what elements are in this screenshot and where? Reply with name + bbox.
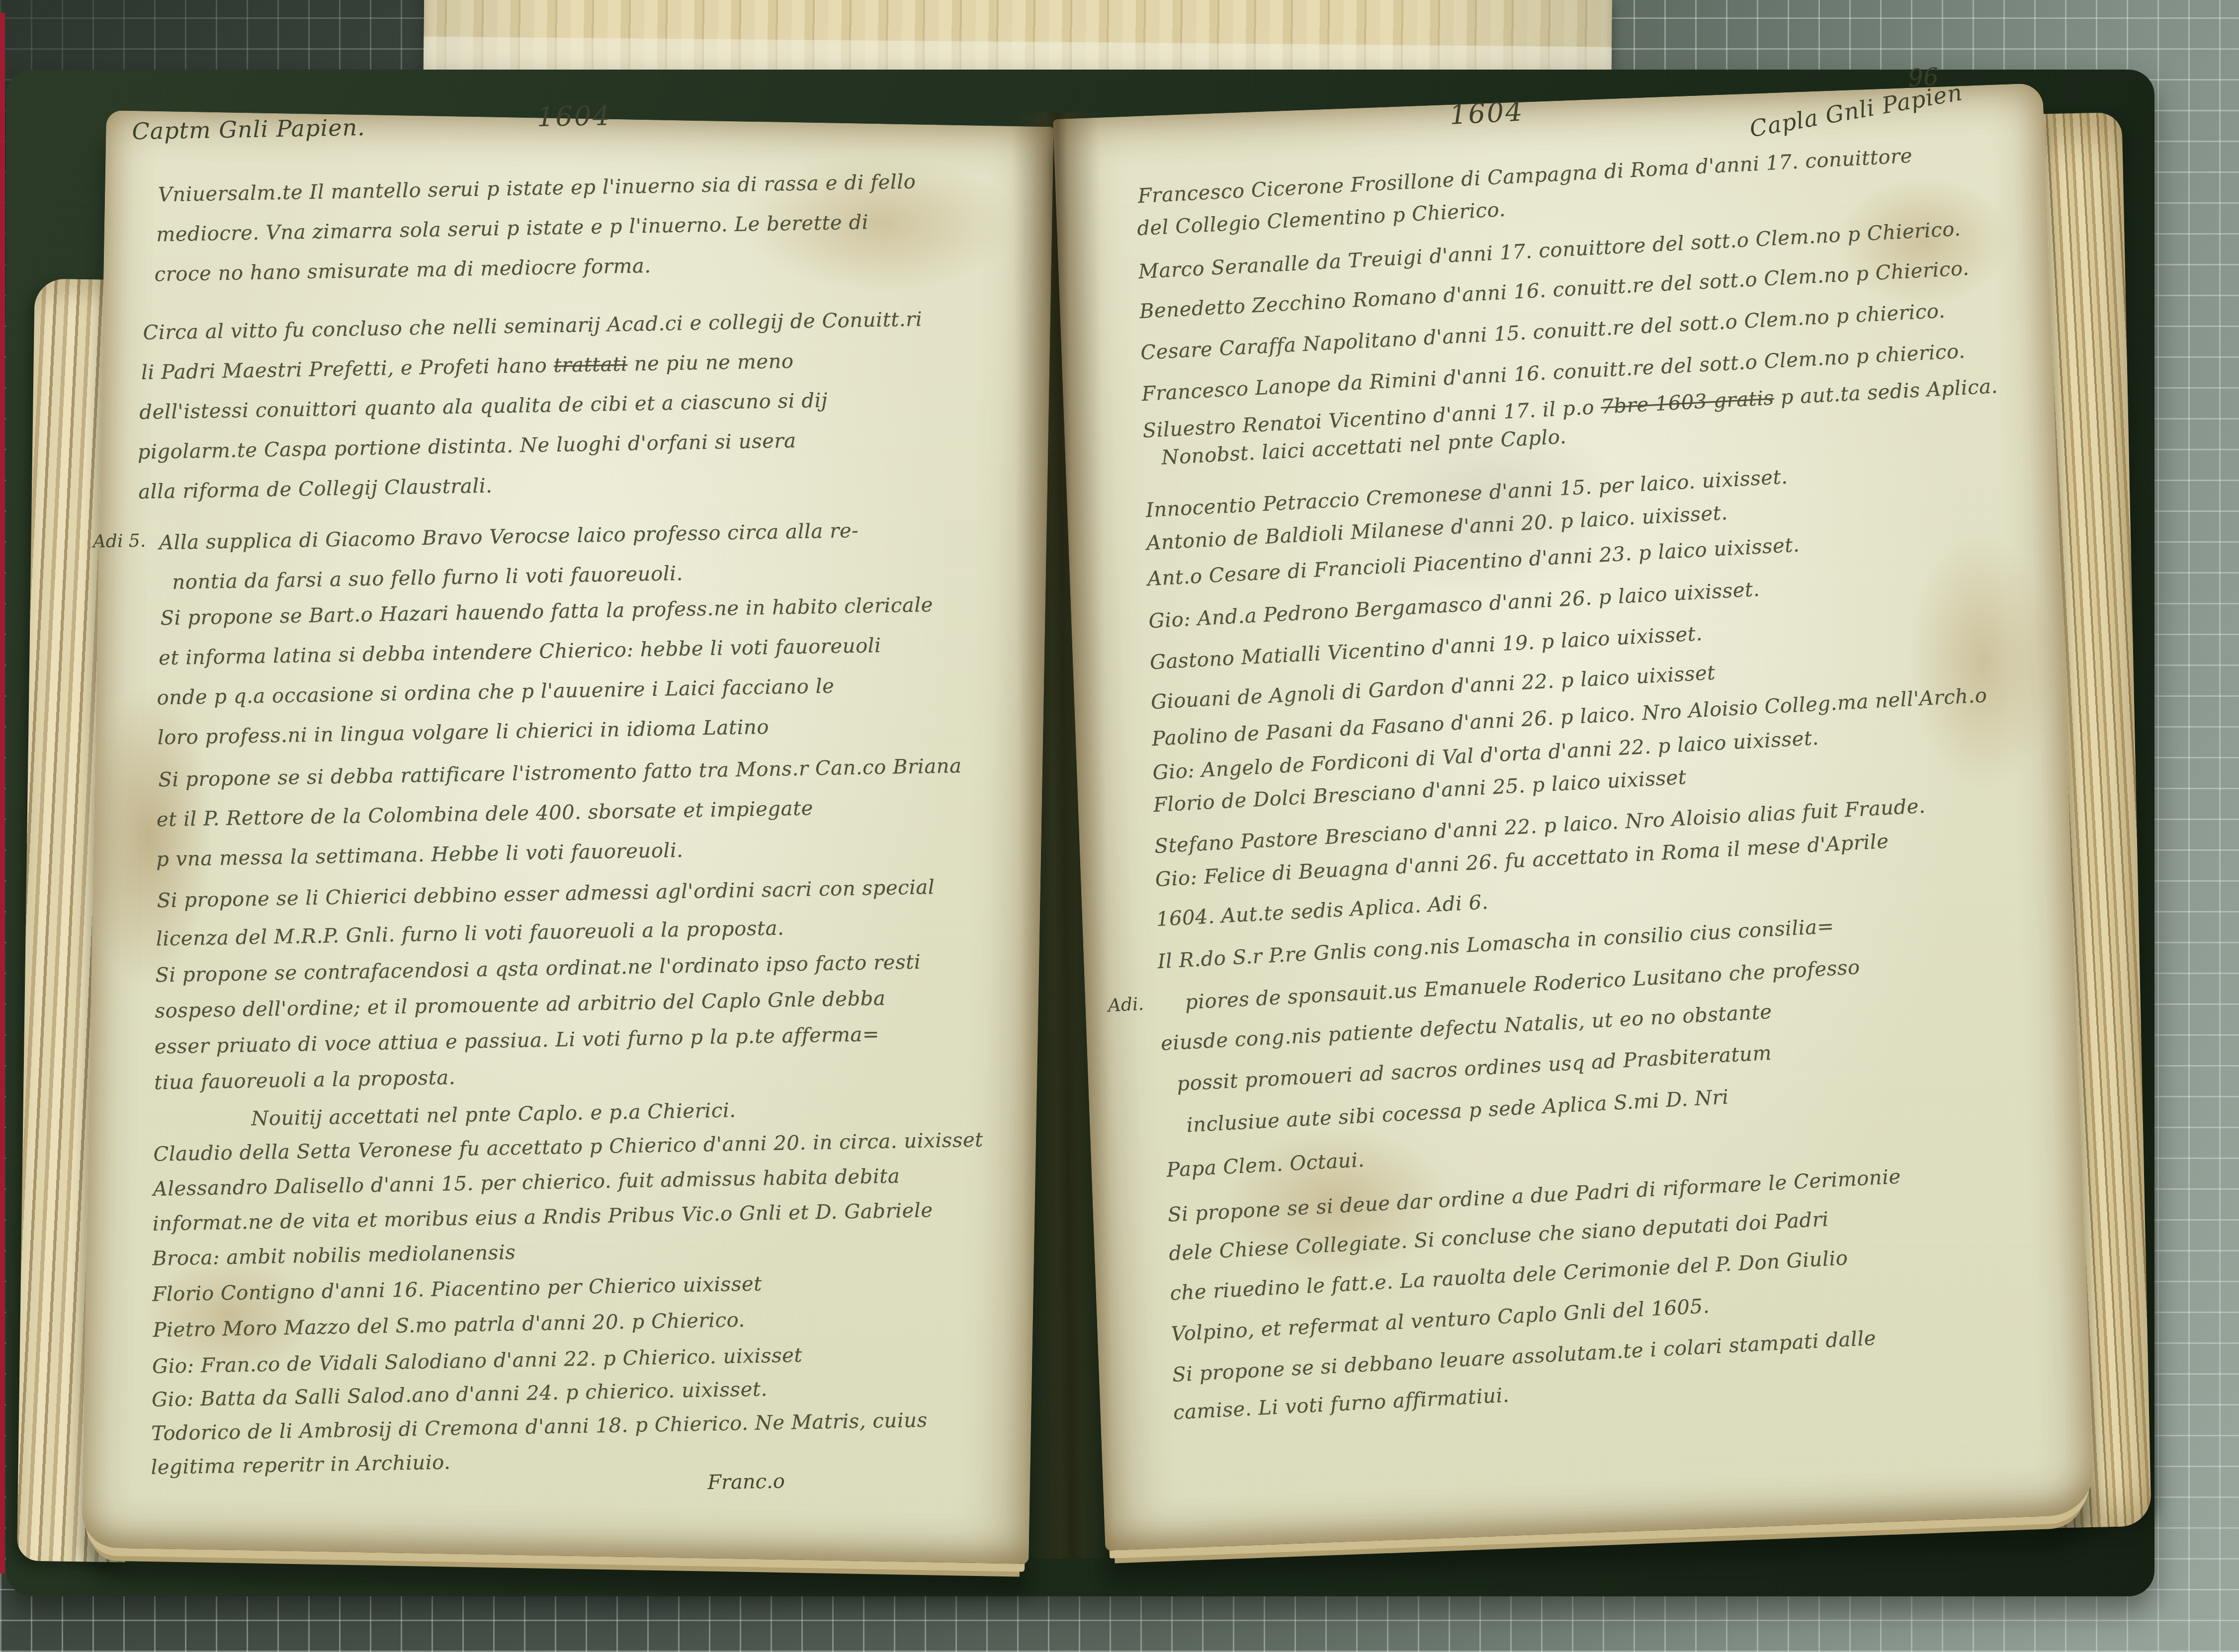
manuscript-line: licenza del M.R.P. Gnli. furno li voti f… (156, 917, 784, 950)
manuscript-line: Claudio della Setta Veronese fu accettat… (153, 1129, 983, 1165)
manuscript-line: nontia da farsi a suo fello furno li vot… (172, 563, 683, 593)
manuscript-line: Si propone se Bart.o Hazari hauendo fatt… (160, 594, 933, 629)
manuscript-line: tiua fauoreuoli a la proposta. (154, 1067, 456, 1094)
manuscript-line: 1604. Aut.te sedis Aplica. Adi 6. (1156, 891, 1489, 930)
manuscript-line: possit promoueri ad sacros ordines usq a… (1176, 1042, 1772, 1095)
left-page-text: Captm Gnli Papien. 1604 Adi 5. Vniuersal… (104, 95, 1077, 1549)
manuscript-line: dell'istessi conuittori quanto ala quali… (139, 390, 828, 423)
struck-word: 7bre 1603 gratis (1600, 387, 1775, 418)
right-margin-note: Adi. (1108, 995, 1144, 1015)
manuscript-line: croce no hano smisurate ma di mediocre f… (154, 255, 651, 285)
manuscript-line: p vna messa la settimana. Hebbe li voti … (156, 839, 684, 871)
manuscript-line: Vniuersalm.te Il mantello serui p istate… (158, 171, 916, 206)
manuscript-line: Broca: ambit nobilis mediolanensis (152, 1241, 516, 1270)
manuscript-line: et informa latina si debba intendere Chi… (159, 635, 881, 669)
struck-post: ne piu ne meno (627, 350, 794, 376)
manuscript-line: Pietro Moro Mazzo del S.mo patrla d'anni… (153, 1309, 745, 1341)
manuscript-line: et il P. Rettore de la Colombina dele 40… (156, 797, 813, 830)
manuscript-line: Si propone se contrafacendosi a qsta ord… (155, 951, 921, 987)
manuscript-line: mediocre. Vna zimarra sola serui p istat… (156, 211, 869, 246)
manuscript-line: esser priuato di voce attiua e passiua. … (154, 1023, 879, 1058)
manuscript-line: informat.ne de vita et moribus eius a Rn… (153, 1199, 933, 1235)
manuscript-line: loro profess.ni in lingua volgare li chi… (157, 716, 769, 748)
manuscript-line: pigolarm.te Caspa portione distinta. Ne … (137, 430, 796, 463)
right-page-text: 1604 Capla Gnli Papien 96 Adi. Francesco… (1052, 69, 2116, 1551)
manuscript-line: alla riforma de Collegij Claustrali. (138, 475, 493, 503)
manuscript-line: Alessandro Dalisello d'anni 15. per chie… (153, 1165, 900, 1200)
manuscript-line: inclusiue aute sibi cocessa p sede Aplic… (1186, 1086, 1729, 1136)
manuscript-line: Papa Clem. Octaui. (1166, 1149, 1365, 1181)
struck-word: trattati (553, 353, 627, 377)
left-margin-note: Adi 5. (93, 532, 146, 551)
left-header-year: 1604 (537, 102, 611, 131)
struck-pre: li Padri Maestri Prefetti, e Profeti han… (141, 354, 554, 384)
manuscript-line: Florio Contigno d'anni 16. Piacentino pe… (152, 1273, 762, 1305)
manuscript-page-right: 1604 Capla Gnli Papien 96 Adi. Francesco… (1053, 83, 2095, 1551)
manuscript-page-left: Captm Gnli Papien. 1604 Adi 5. Vniuersal… (82, 110, 1054, 1564)
manuscript-line: Gio: Fran.co de Vidali Salodiano d'anni … (152, 1344, 803, 1378)
manuscript-line: Nouitij accettati nel pnte Caplo. e p.a … (251, 1099, 736, 1130)
manuscript-line: camise. Li voti furno affirmatiui. (1173, 1384, 1510, 1423)
red-tape-edge (0, 13, 5, 1573)
manuscript-line: Alla supplica di Giacomo Bravo Verocse l… (159, 520, 859, 554)
manuscript-line-struck: li Padri Maestri Prefetti, e Profeti han… (141, 350, 794, 384)
manuscript-line: legitima reperitr in Archiuio. (151, 1451, 451, 1479)
manuscript-line: onde p q.a occasione si ordina che p l'a… (157, 675, 835, 709)
folio-number: 96 (1907, 65, 1939, 90)
manuscript-line: sospeso dell'ordine; et il promouente ad… (155, 988, 886, 1022)
manuscript-line: Gio: Batta da Salli Salod.ano d'anni 24.… (152, 1378, 768, 1411)
catchword: Franc.o (707, 1472, 785, 1493)
manuscript-line: Si propone se si debba rattificare l'ist… (158, 755, 962, 791)
struck-post: p aut.ta sedis Aplica. (1773, 375, 1998, 410)
manuscript-line: Francesco Cicerone Frosillone di Campagn… (1137, 145, 1913, 208)
manuscript-line: Todorico de li Ambrosij di Cremona d'ann… (151, 1409, 928, 1445)
manuscript-line: Circa al vitto fu concluso che nelli sem… (143, 308, 922, 343)
manuscript-line: Volpino, et refermat al venturo Caplo Gn… (1171, 1295, 1710, 1345)
right-header-year: 1604 (1449, 98, 1525, 129)
manuscript-line: Si propone se li Chierici debbino esser … (157, 876, 935, 911)
left-header-title: Captm Gnli Papien. (132, 116, 365, 143)
